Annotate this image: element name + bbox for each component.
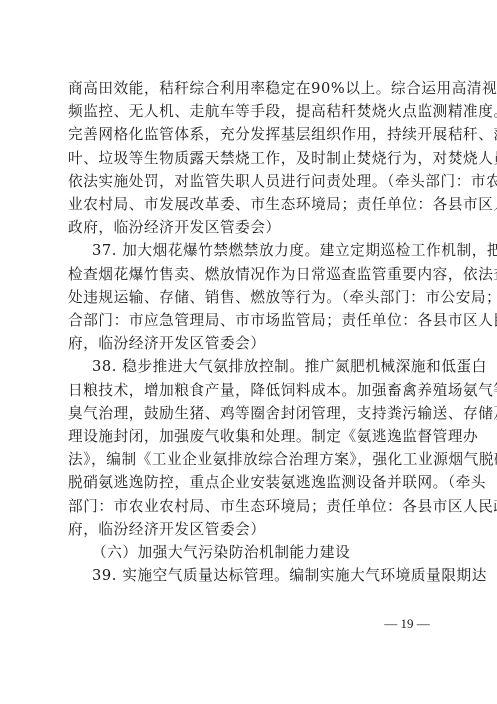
text-line: 38. 稳步推进大气氨排放控制。推广氮肥机械深施和低蛋白	[92, 356, 432, 378]
page-number: — 19 —	[372, 614, 442, 634]
text-line: 处违规运输、存储、销售、燃放等行为。（牵头部门：市公安局；配	[68, 287, 432, 309]
text-line: 业农村局、市发展改革委、市生态环境局；责任单位：各县市区人民	[68, 194, 432, 216]
text-line: 商高田效能，秸秆综合利用率稳定在90%以上。综合运用高清视	[68, 78, 432, 100]
text-line: 府，临汾经济开发区管委会）	[68, 333, 432, 355]
text-line: 合部门：市应急管理局、市市场监管局；责任单位：各县市区人民政	[68, 310, 432, 332]
text-line: 府，临汾经济开发区管委会）	[68, 519, 432, 541]
text-line: 依法实施处罚，对监管失职人员进行问责处理。（牵头部门：市农	[68, 171, 432, 193]
text-line: 部门：市农业农村局、市生态环境局；责任单位：各县市区人民政	[68, 496, 432, 518]
text-line: 脱硝氨逃逸防控，重点企业安装氨逃逸监测设备并联网。（牵头	[68, 472, 432, 494]
text-line: 频监控、无人机、走航车等手段，提高秸秆焚烧火点监测精准度。	[68, 101, 432, 123]
text-line: 叶、垃圾等生物质露天禁烧工作，及时制止焚烧行为，对焚烧人员	[68, 148, 432, 170]
text-line: 完善网格化监管体系，充分发挥基层组织作用，持续开展秸秆、落	[68, 124, 432, 146]
text-line: 臭气治理，鼓励生猪、鸡等圈舍封闭管理，支持粪污输送、存储及处	[68, 403, 432, 425]
text-line: 日粮技术，增加粮食产量，降低饲料成本。加强畜禽养殖场氨气等	[68, 380, 432, 402]
text-line: 理设施封闭，加强废气收集和处理。制定《氨逃逸监督管理办	[68, 426, 432, 448]
text-line: （六）加强大气污染防治机制能力建设	[92, 542, 432, 564]
text-line: 检查烟花爆竹售卖、燃放情况作为日常巡查监管重要内容，依法查	[68, 264, 432, 286]
text-line: 法》，编制《工业企业氨排放综合治理方案》，强化工业源烟气脱硫	[68, 449, 432, 471]
text-line: 37. 加大烟花爆竹禁燃禁放力度。建立定期巡检工作机制，把	[92, 240, 432, 262]
document-page: 商高田效能，秸秆综合利用率稳定在90%以上。综合运用高清视频监控、无人机、走航车…	[0, 0, 497, 704]
text-line: 政府，临汾经济开发区管委会）	[68, 217, 432, 239]
text-line: 39. 实施空气质量达标管理。编制实施大气环境质量限期达	[92, 565, 432, 587]
